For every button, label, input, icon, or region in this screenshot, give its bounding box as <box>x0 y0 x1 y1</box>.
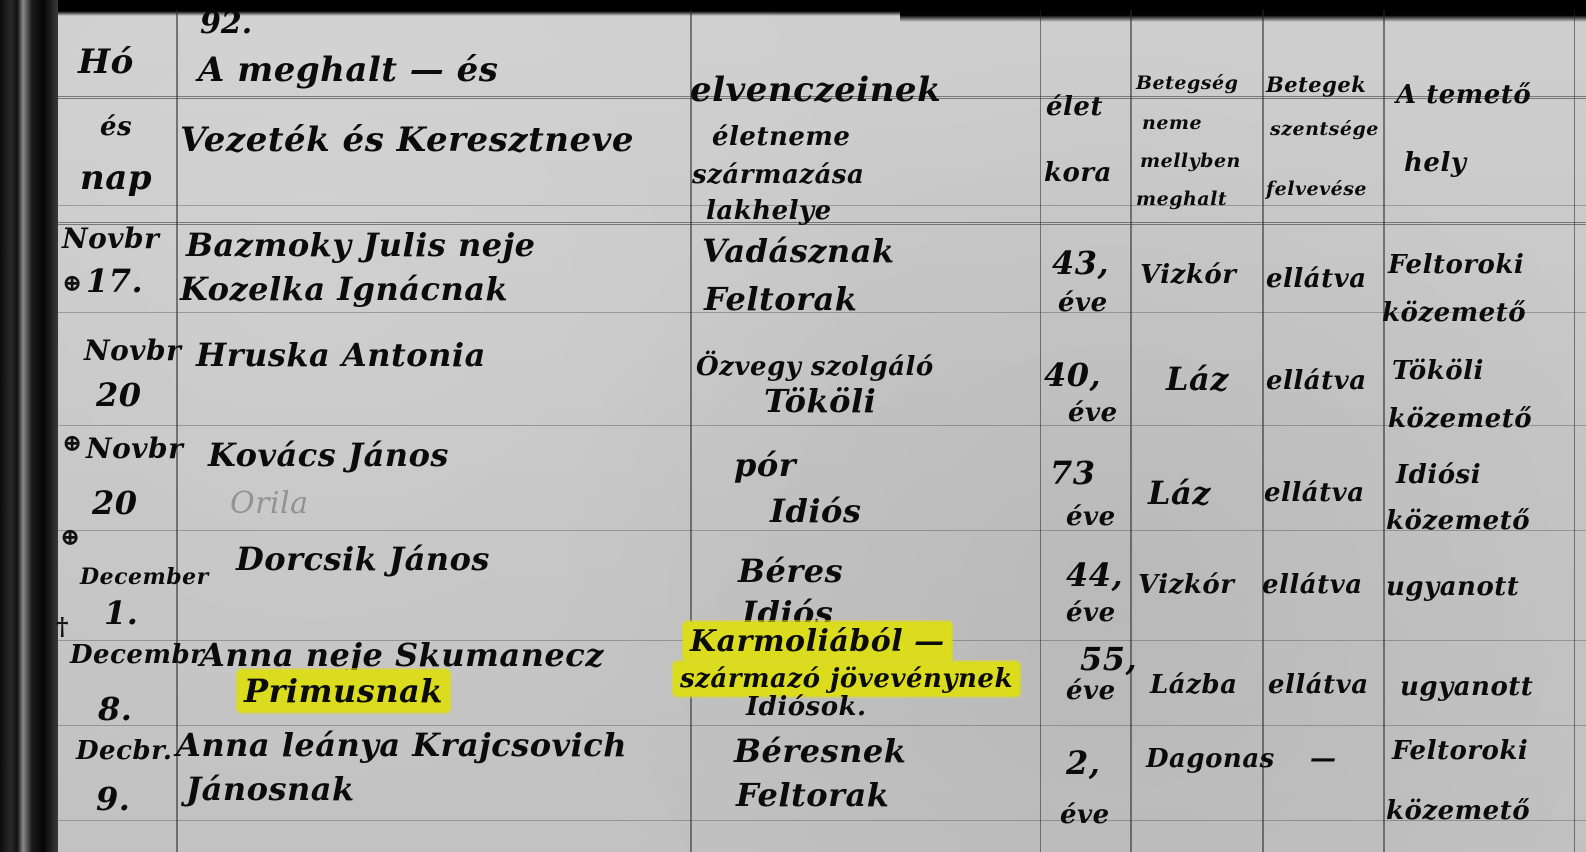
entry-age-unit: éve <box>1066 502 1116 532</box>
entry-origin: Feltorak <box>704 280 857 318</box>
header-text: és <box>100 112 132 142</box>
highlighted-origin: Karmoliából — <box>684 622 951 661</box>
highlighted-name: Primusnak <box>238 670 449 712</box>
entry-disease: Láz <box>1166 360 1229 398</box>
header-text: meghalt <box>1136 188 1227 210</box>
entry-month: Novbr <box>62 222 159 255</box>
entry-burial: ugyanott <box>1386 572 1519 602</box>
header-text: élet <box>1046 92 1103 122</box>
header-text: hely <box>1404 148 1466 178</box>
register-page: 92. Hó és nap A meghalt — és Vezeték és … <box>0 0 1586 852</box>
entry-name: Kovács János <box>208 436 449 474</box>
death-symbol-icon: ⊕ <box>60 522 80 551</box>
pencil-annotation: Orila <box>230 486 309 521</box>
entry-age-unit: éve <box>1066 676 1116 706</box>
entry-age: 73 <box>1050 454 1096 492</box>
entry-origin: Feltorak <box>736 776 889 814</box>
death-symbol-icon: ⊕ <box>62 428 82 457</box>
entry-origin: Idiós <box>770 492 861 530</box>
scan-top-edge-right <box>900 0 1586 22</box>
highlighted-origin: származó jövevénynek <box>674 662 1019 696</box>
entry-burial: közemető <box>1382 298 1526 328</box>
entry-day: 1. <box>104 594 138 632</box>
entry-month: Novbr <box>86 432 183 465</box>
header-text: A temető <box>1396 80 1531 110</box>
entry-month: December <box>80 564 209 590</box>
entry-sacrament: ellátva <box>1268 670 1369 700</box>
page-number: 92. <box>200 6 252 41</box>
entry-origin: Idiósok. <box>746 692 867 722</box>
entry-sacrament: ellátva <box>1262 570 1363 600</box>
entry-burial: Feltoroki <box>1392 736 1528 766</box>
entry-age: 43, <box>1052 244 1109 282</box>
entry-disease: Lázba <box>1150 670 1237 700</box>
book-binding-edge <box>0 0 58 852</box>
entry-disease: Vizkór <box>1138 570 1234 600</box>
entry-day: 17. <box>86 262 143 300</box>
entry-sacrament: ellátva <box>1266 366 1367 396</box>
header-text: szentsége <box>1270 118 1379 140</box>
entry-name: Anna leánya Krajcsovich <box>176 726 627 764</box>
entry-name: Hruska Antonia <box>196 336 486 374</box>
entry-sacrament: — <box>1310 744 1337 774</box>
header-text: származása <box>692 160 864 190</box>
header-text: neme <box>1142 112 1202 134</box>
entry-burial: Feltoroki <box>1388 250 1524 280</box>
entry-disease: Láz <box>1148 474 1211 512</box>
header-text: nap <box>80 158 152 198</box>
header-text: Vezeték és Keresztneve <box>180 120 634 160</box>
entry-origin: Tököli <box>764 382 876 420</box>
entry-name: Jánosnak <box>186 770 355 808</box>
entry-disease: Vizkór <box>1140 260 1236 290</box>
header-text: elvenczeinek <box>690 70 941 110</box>
entry-name: Dorcsik János <box>236 540 490 578</box>
entry-burial: közemető <box>1388 404 1532 434</box>
header-text: életneme <box>712 122 850 152</box>
entry-origin: Özvegy szolgáló <box>696 352 934 382</box>
header-text: lakhelye <box>706 196 832 226</box>
header-text: kora <box>1044 158 1112 188</box>
entry-name: Anna neje Skumanecz <box>200 636 604 674</box>
entry-day: 8. <box>98 690 132 728</box>
entry-disease: Dagonas <box>1146 744 1275 774</box>
entry-burial: ugyanott <box>1400 672 1533 702</box>
entry-age-unit: éve <box>1058 288 1108 318</box>
death-symbol-icon: ⊕ <box>62 268 82 297</box>
entry-age-unit: éve <box>1060 800 1110 830</box>
entry-age: 2, <box>1066 744 1100 782</box>
entry-origin: Béresnek <box>734 732 906 770</box>
entry-age: 44, <box>1066 556 1123 594</box>
entry-burial: Idiósi <box>1396 460 1481 490</box>
entry-day: 20 <box>96 376 142 414</box>
entry-age: 55, <box>1080 640 1137 678</box>
header-text: A meghalt — és <box>198 50 498 90</box>
header-text: Hó <box>78 42 134 82</box>
entry-month: Novbr <box>84 334 181 367</box>
entry-name: Bazmoky Julis neje <box>186 226 536 264</box>
entry-day: 9. <box>96 780 130 818</box>
header-text: mellyben <box>1140 150 1241 172</box>
entry-name: Kozelka Ignácnak <box>180 270 508 308</box>
entry-month: Decbr. <box>76 736 172 766</box>
entry-day: 20 <box>92 484 138 522</box>
header-text: Betegek <box>1266 72 1366 97</box>
entry-burial: Tököli <box>1392 356 1484 386</box>
entry-month: Decembr <box>70 640 204 670</box>
entry-origin: pór <box>734 446 796 484</box>
entry-origin: Vadásznak <box>702 232 895 270</box>
header-text: felvevése <box>1266 178 1367 200</box>
entry-sacrament: ellátva <box>1266 264 1367 294</box>
entry-age-unit: éve <box>1068 398 1118 428</box>
header-text: Betegség <box>1136 72 1238 94</box>
entry-sacrament: ellátva <box>1264 478 1365 508</box>
cross-symbol-icon: † <box>56 612 69 641</box>
row-rule <box>58 820 1586 821</box>
row-rule <box>58 425 1586 426</box>
entry-origin: Béres <box>738 552 843 590</box>
entry-burial: közemető <box>1386 506 1530 536</box>
entry-burial: közemető <box>1386 796 1530 826</box>
entry-age: 40, <box>1044 356 1101 394</box>
row-rule <box>58 530 1586 531</box>
entry-age-unit: éve <box>1066 598 1116 628</box>
